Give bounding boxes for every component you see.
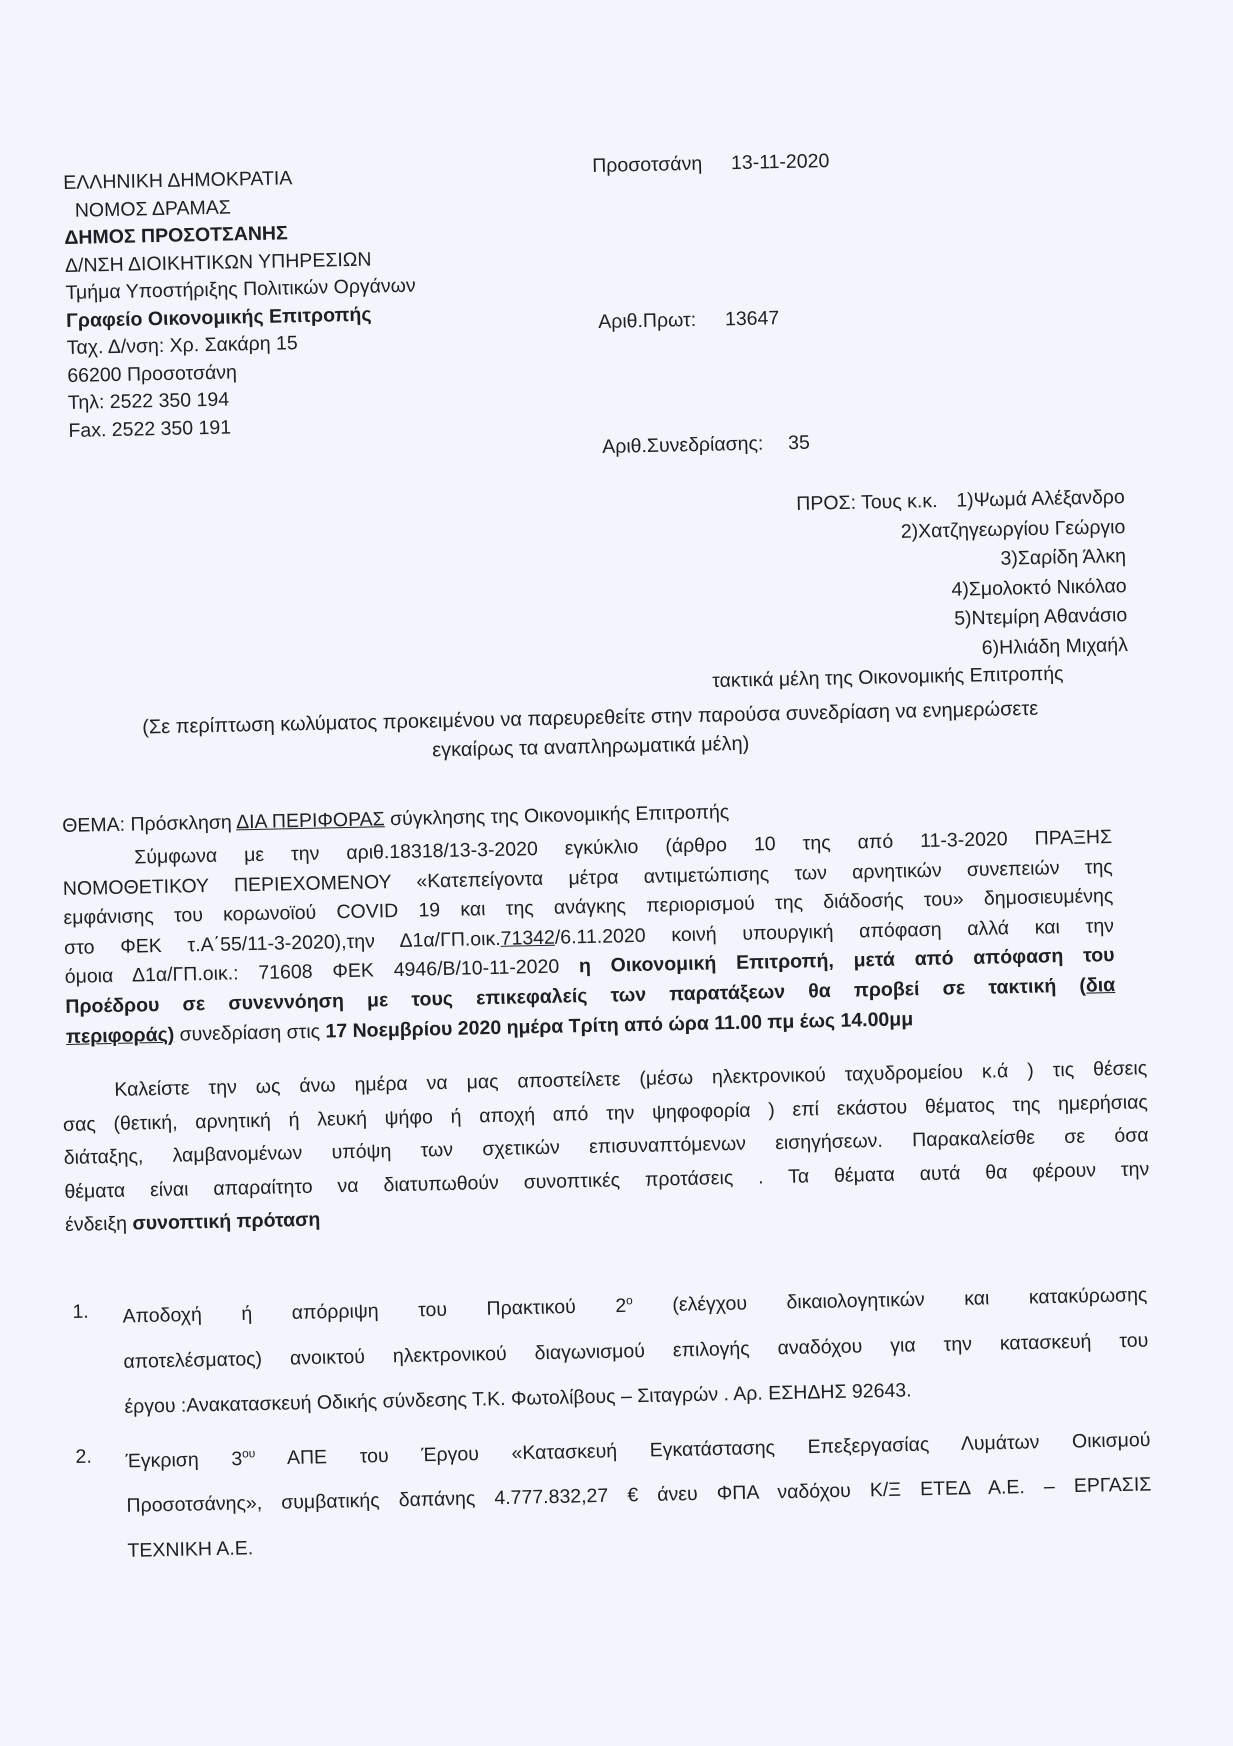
recipients-block: ΠΡΟΣ: Τους κ.κ. 1)Ψωμά Αλέξανδρο 2)Χατζη… [796, 483, 1128, 667]
agenda-item-number: 1. [72, 1290, 89, 1335]
session-number: 35 [788, 432, 810, 454]
date: 13-11-2020 [731, 150, 830, 174]
absence-note: (Σε περίπτωση κωλύματος προκειμένου να π… [70, 693, 1111, 773]
agenda-item-1: 1. Αποδοχή ή απόρριψη του Πρακτικού 2ο (… [72, 1267, 1150, 1430]
place: Προσοτσάνη [592, 153, 702, 177]
recipient-6: 6)Ηλιάδη Μιχαήλ [800, 631, 1129, 667]
subject-suffix: σύγκλησης της Οικονομικής Επιτροπής [384, 801, 729, 830]
agenda-item-2: 2. Έγκριση 3ου ΑΠΕ του Έργου «Κατασκευή … [75, 1412, 1153, 1575]
protocol-number-line: Αριθ.Πρωτ: 13647 [598, 307, 779, 334]
decision-number: 71342 [500, 926, 555, 949]
subject-prefix: ΘΕΜΑ: Πρόσκληση [62, 811, 236, 837]
protocol-label: Αριθ.Πρωτ: [598, 309, 696, 333]
summary-proposal-label: συνοπτική πρόταση [132, 1209, 320, 1235]
place-date: Προσοτσάνη 13-11-2020 [592, 150, 830, 178]
agenda-item-number: 2. [75, 1434, 92, 1479]
recipients-prefix: ΠΡΟΣ: Τους κ.κ. [797, 490, 939, 515]
body-paragraph-2: Καλείστε την ως άνω ημέρα να μας αποστεί… [62, 1052, 1150, 1242]
recipients-role: τακτικά μέλη της Οικονομικής Επιτροπής [712, 663, 1064, 693]
session-label: Αριθ.Συνεδρίασης: [602, 433, 764, 458]
subject-highlight: ΔΙΑ ΠΕΡΙΦΟΡΑΣ [236, 808, 385, 833]
protocol-number: 13647 [725, 307, 780, 330]
document-page: ΕΛΛΗΝΙΚΗ ΔΗΜΟΚΡΑΤΙΑ ΝΟΜΟΣ ΔΡΑΜΑΣ ΔΗΜΟΣ Π… [0, 0, 1233, 1746]
letterhead: ΕΛΛΗΝΙΚΗ ΔΗΜΟΚΡΑΤΙΑ ΝΟΜΟΣ ΔΡΑΜΑΣ ΔΗΜΟΣ Π… [63, 163, 419, 445]
session-number-line: Αριθ.Συνεδρίασης: 35 [602, 432, 810, 459]
body-paragraph-1: Σύμφωνα με την αριθ.18318/13-3-2020 εγκύ… [62, 823, 1116, 1052]
agenda-list: 1. Αποδοχή ή απόρριψη του Πρακτικού 2ο (… [72, 1267, 1153, 1574]
